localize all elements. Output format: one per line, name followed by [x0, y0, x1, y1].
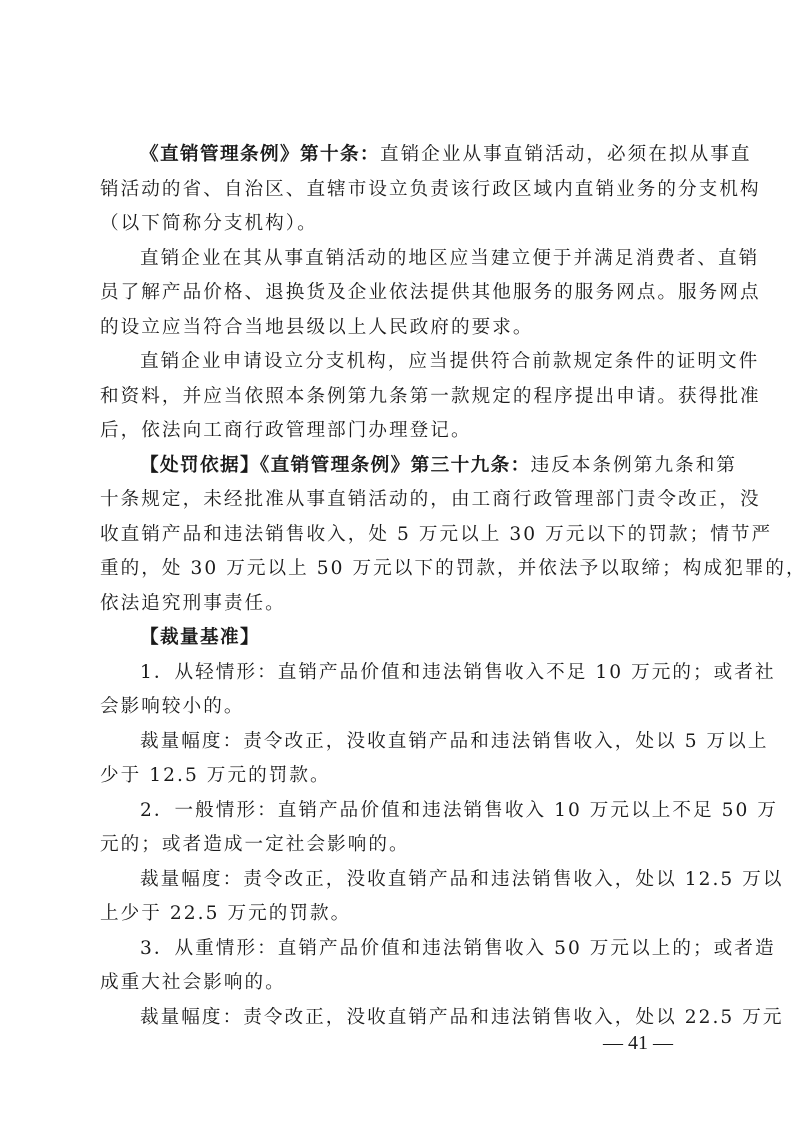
general-case-line: 2．一般情形：直销产品价值和违法销售收入 10 万元以上不足 50 万 [100, 794, 698, 829]
text-line: 直销企业在其从事直销活动的地区应当建立便于并满足消费者、直销 [100, 242, 698, 277]
general-range-line: 裁量幅度：责令改正，没收直销产品和违法销售收入，处以 12.5 万以 [100, 863, 698, 898]
lenient-case-line: 1．从轻情形：直销产品价值和违法销售收入不足 10 万元的；或者社 [100, 656, 698, 691]
text-line: 直销企业从事直销活动，必须在拟从事直 [380, 144, 752, 165]
text-line: 的设立应当符合当地县级以上人民政府的要求。 [100, 311, 698, 346]
text-line: 收直销产品和违法销售收入，处 5 万元以上 30 万元以下的罚款；情节严 [100, 518, 698, 553]
penalty-basis-heading: 【处罚依据】《直销管理条例》第三十九条： [140, 455, 531, 476]
page-number: — 41 — [603, 1032, 673, 1055]
text-line: 成重大社会影响的。 [100, 966, 698, 1001]
text-line: 依法追究刑事责任。 [100, 587, 698, 622]
text-line: 十条规定，未经批准从事直销活动的，由工商行政管理部门责令改正，没 [100, 483, 698, 518]
lenient-range-line: 裁量幅度：责令改正，没收直销产品和违法销售收入，处以 5 万以上 [100, 725, 698, 760]
article-10-heading-line: 《直销管理条例》第十条：直销企业从事直销活动，必须在拟从事直 [100, 138, 698, 173]
text-line: 上少于 22.5 万元的罚款。 [100, 897, 698, 932]
text-line: （以下简称分支机构）。 [100, 207, 698, 242]
severe-case-line: 3．从重情形：直销产品价值和违法销售收入 50 万元以上的；或者造 [100, 932, 698, 967]
text-line: 销活动的省、自治区、直辖市设立负责该行政区域内直销业务的分支机构 [100, 173, 698, 208]
text-line: 违反本条例第九条和第 [531, 455, 737, 476]
text-line: 重的，处 30 万元以上 50 万元以下的罚款，并依法予以取缔；构成犯罪的， [100, 552, 698, 587]
discretion-standard-heading: 【裁量基准】 [140, 627, 260, 648]
text-line: 会影响较小的。 [100, 690, 698, 725]
severe-range-line: 裁量幅度：责令改正，没收直销产品和违法销售收入，处以 22.5 万元 [100, 1001, 698, 1036]
discretion-standard-heading-line: 【裁量基准】 [100, 621, 698, 656]
penalty-basis-heading-line: 【处罚依据】《直销管理条例》第三十九条：违反本条例第九条和第 [100, 449, 698, 484]
text-line: 元的；或者造成一定社会影响的。 [100, 828, 698, 863]
article-10-heading: 《直销管理条例》第十条： [140, 144, 380, 165]
text-line: 直销企业申请设立分支机构，应当提供符合前款规定条件的证明文件 [100, 345, 698, 380]
text-line: 和资料，并应当依照本条例第九条第一款规定的程序提出申请。获得批准 [100, 380, 698, 415]
text-line: 员了解产品价格、退换货及企业依法提供其他服务的服务网点。服务网点 [100, 276, 698, 311]
text-line: 后，依法向工商行政管理部门办理登记。 [100, 414, 698, 449]
document-body: 《直销管理条例》第十条：直销企业从事直销活动，必须在拟从事直 销活动的省、自治区… [100, 138, 698, 1035]
text-line: 少于 12.5 万元的罚款。 [100, 759, 698, 794]
